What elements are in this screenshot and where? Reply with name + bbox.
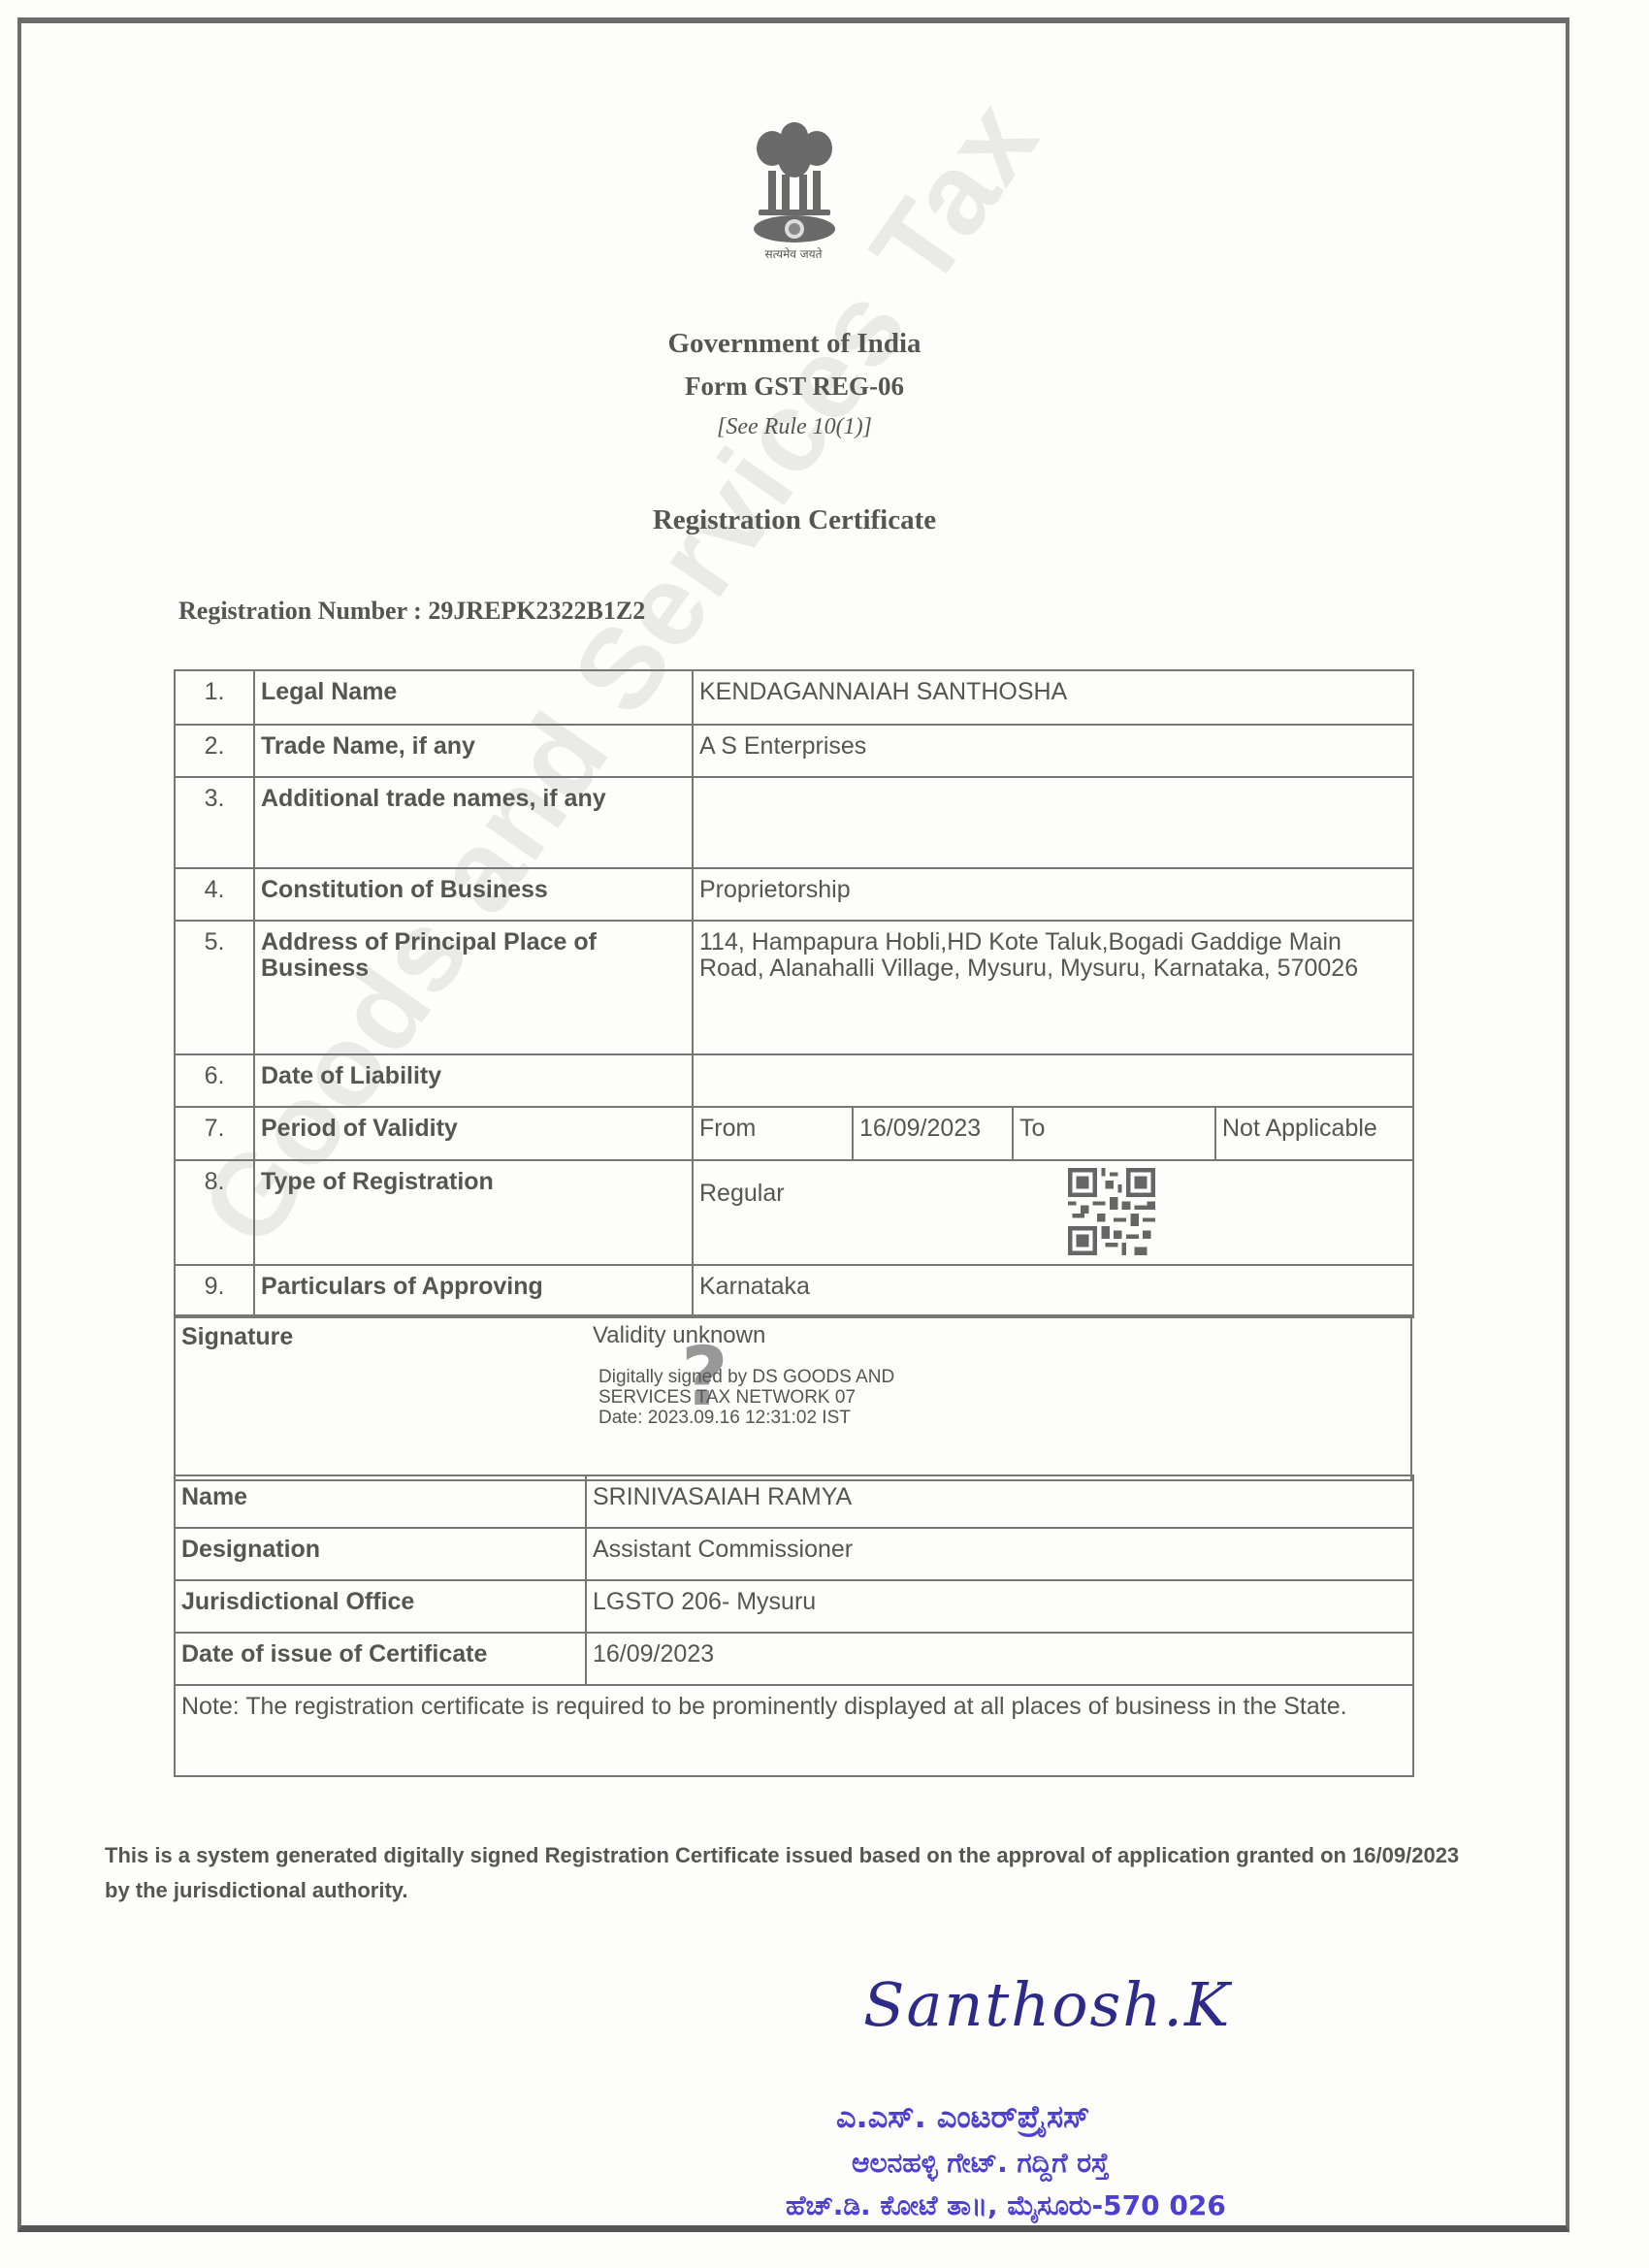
constitution-value: Proprietorship: [693, 868, 1413, 921]
row-label: Address of Principal Place of Business: [254, 921, 693, 1054]
registration-details-table: 1. Legal Name KENDAGANNAIAH SANTHOSHA 2.…: [174, 669, 1414, 1318]
table-row: 7. Period of Validity From 16/09/2023 To…: [175, 1107, 1413, 1160]
rule-reference: [See Rule 10(1)]: [0, 414, 1589, 440]
row-number: 6.: [175, 1054, 254, 1107]
signature-row: Signature Validity unknown ? Digitally s…: [175, 1315, 1411, 1480]
validity-from-label: From: [693, 1107, 853, 1160]
additional-trade-names-value: [693, 777, 1413, 868]
stamp-line: ಎ.ಎಸ್. ಎಂಟರ್‌ಪ್ರೈಸಸ್: [836, 2098, 1089, 2136]
row-label: Date of issue of Certificate: [175, 1633, 586, 1685]
legal-name-value: KENDAGANNAIAH SANTHOSHA: [693, 670, 1413, 725]
signature-table: Signature Validity unknown ? Digitally s…: [174, 1314, 1412, 1481]
signature-detail-line: Date: 2023.09.16 12:31:02 IST: [598, 1408, 894, 1428]
table-row: 5. Address of Principal Place of Busines…: [175, 921, 1413, 1054]
officer-details-table: Name SRINIVASAIAH RAMYA Designation Assi…: [174, 1474, 1414, 1777]
certificate-title: Registration Certificate: [0, 504, 1589, 536]
approving-authority-value: Karnataka: [693, 1265, 1413, 1317]
form-heading: Form GST REG-06: [0, 372, 1589, 402]
row-label: Designation: [175, 1528, 586, 1580]
date-of-issue-value: 16/09/2023: [586, 1633, 1413, 1685]
officer-name-value: SRINIVASAIAH RAMYA: [586, 1475, 1413, 1528]
government-heading: Government of India: [0, 328, 1589, 360]
row-label: Particulars of Approving: [254, 1265, 693, 1317]
date-of-liability-value: [693, 1054, 1413, 1107]
row-label: Type of Registration: [254, 1160, 693, 1265]
table-row: Name SRINIVASAIAH RAMYA: [175, 1475, 1413, 1528]
signature-detail-line: Digitally signed by DS GOODS AND: [598, 1367, 894, 1387]
registration-number: Registration Number : 29JREPK2322B1Z2: [178, 597, 645, 626]
row-number: 5.: [175, 921, 254, 1054]
table-row: 4. Constitution of Business Proprietorsh…: [175, 868, 1413, 921]
row-number: 1.: [175, 670, 254, 725]
validity-to-value: Not Applicable: [1215, 1107, 1413, 1160]
signature-validity-status: Validity unknown: [593, 1322, 765, 1348]
registration-type-cell: Regular: [693, 1160, 1413, 1265]
row-number: 4.: [175, 868, 254, 921]
row-label: Period of Validity: [254, 1107, 693, 1160]
display-note: Note: The registration certificate is re…: [175, 1685, 1413, 1776]
validity-to-label: To: [1013, 1107, 1215, 1160]
stamp-line: ಹೆಚ್.ಡಿ. ಕೋಟೆ ತಾ॥, ಮೈಸೂರು-570 026: [786, 2189, 1226, 2222]
row-label: Constitution of Business: [254, 868, 693, 921]
trade-name-value: A S Enterprises: [693, 725, 1413, 777]
table-row: 6. Date of Liability: [175, 1054, 1413, 1107]
validity-from-value: 16/09/2023: [853, 1107, 1013, 1160]
table-row: 8. Type of Registration Regular: [175, 1160, 1413, 1265]
emblem-motto: सत्यमेव जयते: [755, 245, 832, 262]
table-row: 9. Particulars of Approving Karnataka: [175, 1265, 1413, 1317]
registration-number-value: 29JREPK2322B1Z2: [428, 597, 645, 625]
table-row: Date of issue of Certificate 16/09/2023: [175, 1633, 1413, 1685]
signature-cell: Signature Validity unknown ? Digitally s…: [175, 1315, 1411, 1480]
stamp-line: ಆಲನಹಳ್ಳಿ ಗೇಟ್. ಗದ್ದಿಗೆ ರಸ್ತೆ: [852, 2147, 1109, 2180]
table-row: 3. Additional trade names, if any: [175, 777, 1413, 868]
digital-signature-details: Digitally signed by DS GOODS AND SERVICE…: [598, 1367, 894, 1428]
row-number: 3.: [175, 777, 254, 868]
signature-detail-line: SERVICES TAX NETWORK 07: [598, 1387, 894, 1408]
row-label: Date of Liability: [254, 1054, 693, 1107]
address-value: 114, Hampapura Hobli,HD Kote Taluk,Bogad…: [693, 921, 1413, 1054]
table-row: 1. Legal Name KENDAGANNAIAH SANTHOSHA: [175, 670, 1413, 725]
note-row: Note: The registration certificate is re…: [175, 1685, 1413, 1776]
jurisdictional-office-value: LGSTO 206- Mysuru: [586, 1580, 1413, 1633]
table-row: 2. Trade Name, if any A S Enterprises: [175, 725, 1413, 777]
row-number: 2.: [175, 725, 254, 777]
national-emblem-icon: [747, 114, 842, 260]
row-label: Trade Name, if any: [254, 725, 693, 777]
row-label: Jurisdictional Office: [175, 1580, 586, 1633]
row-label: Additional trade names, if any: [254, 777, 693, 868]
registration-type-value: Regular: [699, 1180, 785, 1207]
row-label: Name: [175, 1475, 586, 1528]
row-number: 8.: [175, 1160, 254, 1265]
system-generated-notice: This is a system generated digitally sig…: [105, 1838, 1482, 1908]
qr-code-icon: [1068, 1168, 1155, 1255]
row-label: Legal Name: [254, 670, 693, 725]
registration-number-label: Registration Number :: [178, 597, 422, 625]
handwritten-signature: Santhosh.K: [863, 1969, 1231, 2040]
designation-value: Assistant Commissioner: [586, 1528, 1413, 1580]
signature-label: Signature: [181, 1323, 293, 1350]
row-number: 9.: [175, 1265, 254, 1317]
table-row: Designation Assistant Commissioner: [175, 1528, 1413, 1580]
row-number: 7.: [175, 1107, 254, 1160]
table-row: Jurisdictional Office LGSTO 206- Mysuru: [175, 1580, 1413, 1633]
